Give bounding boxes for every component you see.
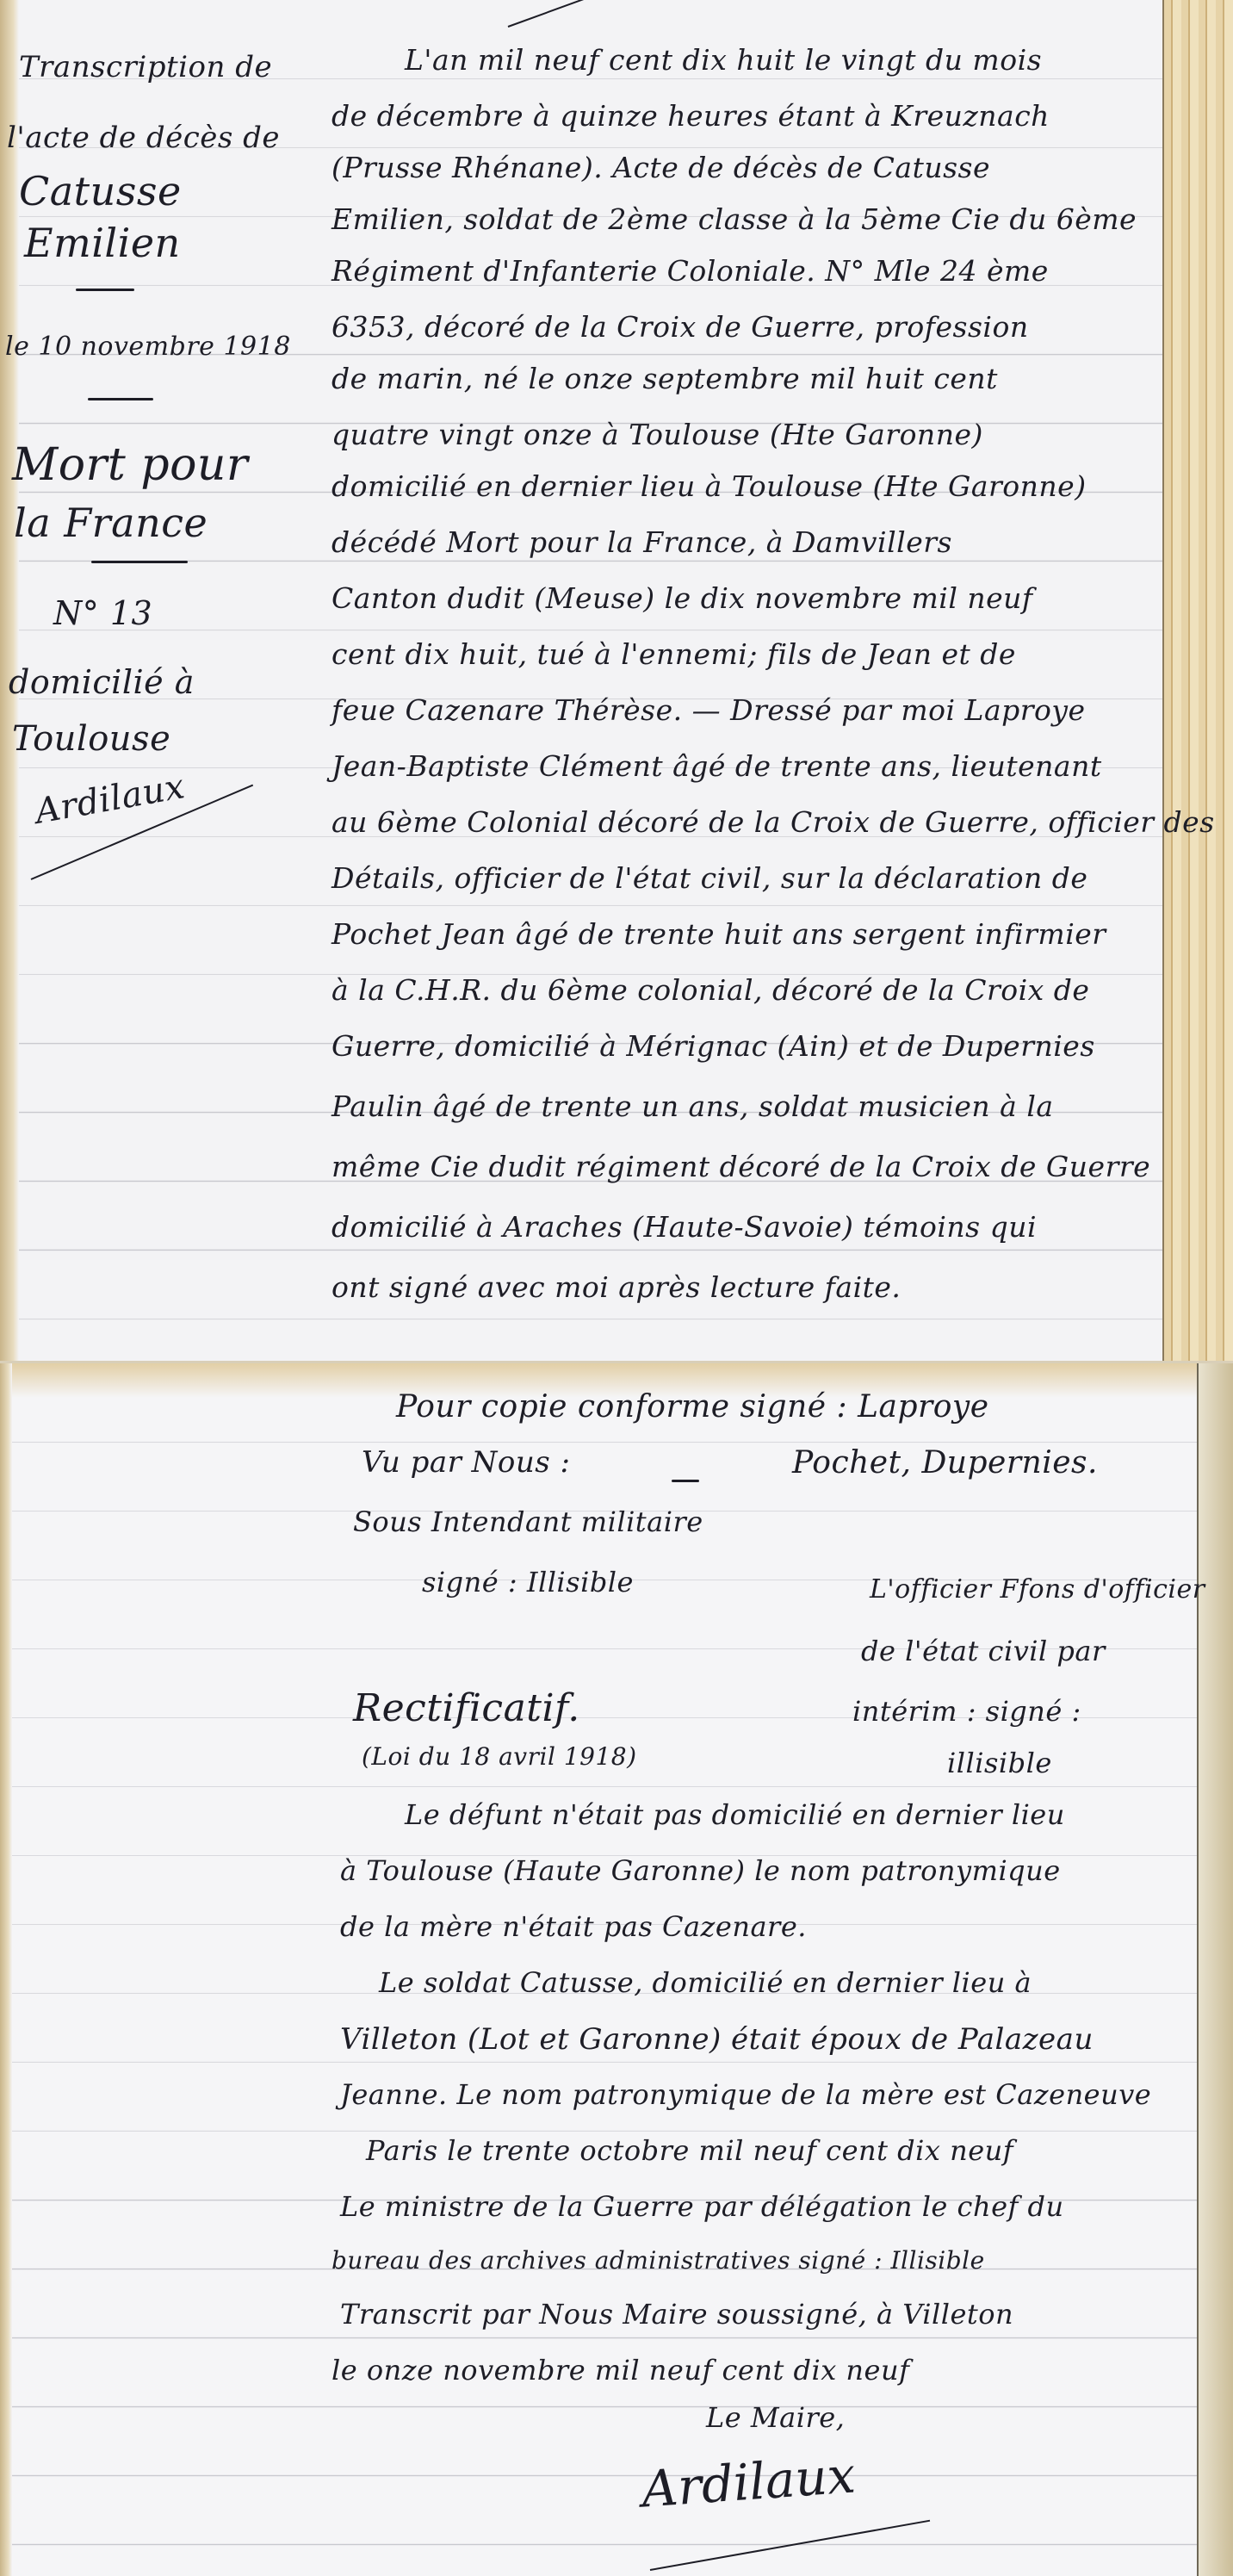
body-line: Guerre, domicilié à Mérignac (Ain) et de…	[331, 1029, 1095, 1063]
rectification-title: Rectificatif.	[353, 1686, 580, 1730]
rectification-line: Paris le trente octobre mil neuf cent di…	[366, 2134, 1013, 2167]
rectification-line: Jeanne. Le nom patronymique de la mère e…	[340, 2078, 1151, 2111]
rectification-line: Le ministre de la Guerre par délégation …	[340, 2190, 1064, 2223]
intendant-title: Sous Intendant militaire	[353, 1505, 703, 1538]
body-line: quatre vingt onze à Toulouse (Hte Garonn…	[331, 418, 983, 451]
margin-date: le 10 novembre 1918	[5, 332, 291, 362]
seen-by-label: Vu par Nous :	[362, 1445, 571, 1480]
margin-mention-la-france: la France	[14, 500, 208, 546]
body-line: Régiment d'Infanterie Coloniale. N° Mle …	[331, 254, 1049, 288]
body-line: au 6ème Colonial décoré de la Croix de G…	[331, 805, 1215, 839]
officer-line: L'officier Ffons d'officier	[870, 1574, 1205, 1605]
officer-line: intérim : signé :	[852, 1695, 1081, 1728]
binding-edge-right	[1197, 1363, 1233, 2576]
body-line: de marin, né le onze septembre mil huit …	[331, 362, 998, 395]
rectification-line: Le défunt n'était pas domicilié en derni…	[405, 1798, 1065, 1831]
register-page-top: Transcription de l'acte de décès de Catu…	[0, 0, 1233, 1361]
body-line: Détails, officier de l'état civil, sur l…	[331, 861, 1087, 895]
margin-surname: Catusse	[19, 168, 182, 214]
body-line: domicilié en dernier lieu à Toulouse (Ht…	[331, 469, 1087, 503]
margin-title-line-1: Transcription de	[19, 50, 272, 84]
margin-separator	[91, 561, 188, 563]
margin-mention-mort-pour: Mort pour	[12, 439, 248, 491]
officer-line: de l'état civil par	[861, 1635, 1106, 1667]
margin-title-line-2: l'acte de décès de	[7, 121, 280, 155]
body-line: décédé Mort pour la France, à Damvillers	[331, 525, 952, 559]
rectification-line: Villeton (Lot et Garonne) était époux de…	[340, 2022, 1094, 2057]
rectification-law: (Loi du 18 avril 1918)	[362, 1742, 637, 1771]
body-line: ont signé avec moi après lecture faite.	[331, 1270, 901, 1304]
body-line: de décembre à quinze heures étant à Kreu…	[331, 99, 1050, 133]
margin-act-number: N° 13	[53, 594, 152, 632]
rectification-line: Le soldat Catusse, domicilié en dernier …	[379, 1966, 1032, 1999]
body-line: même Cie dudit régiment décoré de la Cro…	[331, 1150, 1150, 1183]
binding-edge-right	[1162, 0, 1233, 1361]
body-line: domicilié à Araches (Haute-Savoie) témoi…	[331, 1210, 1037, 1244]
binding-edge-left	[0, 1363, 12, 2576]
rectification-line: à Toulouse (Haute Garonne) le nom patron…	[340, 1854, 1061, 1887]
rectification-line: de la mère n'était pas Cazenare.	[340, 1910, 807, 1943]
register-page-bottom: Pour copie conforme signé : Laproye Vu p…	[0, 1363, 1233, 2576]
body-line: cent dix huit, tué à l'ennemi; fils de J…	[331, 637, 1016, 671]
body-line: L'an mil neuf cent dix huit le vingt du …	[405, 43, 1042, 77]
body-line: feue Cazenare Thérèse. — Dressé par moi …	[331, 693, 1086, 727]
margin-separator	[76, 289, 134, 291]
witness-signatures: Pochet, Dupernies.	[792, 1445, 1098, 1480]
officer-line: illisible	[947, 1747, 1052, 1779]
body-line: Jean-Baptiste Clément âgé de trente ans,…	[331, 749, 1102, 783]
transcription-line: le onze novembre mil neuf cent dix neuf	[331, 2354, 909, 2387]
body-line: Emilien, soldat de 2ème classe à la 5ème…	[331, 202, 1137, 236]
body-line: (Prusse Rhénane). Acte de décès de Catus…	[331, 151, 990, 184]
mayor-title: Le Maire,	[706, 2401, 845, 2434]
margin-first-name: Emilien	[24, 220, 181, 266]
separator-dash	[672, 1480, 699, 1482]
margin-note-domicile: domicilié à	[9, 663, 195, 701]
intendant-signed: signé : Illisible	[422, 1566, 634, 1598]
transcription-line: Transcrit par Nous Maire soussigné, à Vi…	[340, 2298, 1013, 2331]
body-line: Paulin âgé de trente un ans, soldat musi…	[331, 1089, 1054, 1123]
body-line: Pochet Jean âgé de trente huit ans serge…	[331, 917, 1106, 951]
margin-note-city: Toulouse	[12, 719, 170, 759]
margin-separator	[88, 398, 153, 400]
body-line: à la C.H.R. du 6ème colonial, décoré de …	[331, 973, 1089, 1007]
body-line: Canton dudit (Meuse) le dix novembre mil…	[331, 581, 1033, 615]
rectification-line: bureau des archives administratives sign…	[331, 2246, 985, 2275]
certified-copy-line: Pour copie conforme signé : Laproye	[396, 1389, 989, 1425]
body-line: 6353, décoré de la Croix de Guerre, prof…	[331, 310, 1029, 344]
